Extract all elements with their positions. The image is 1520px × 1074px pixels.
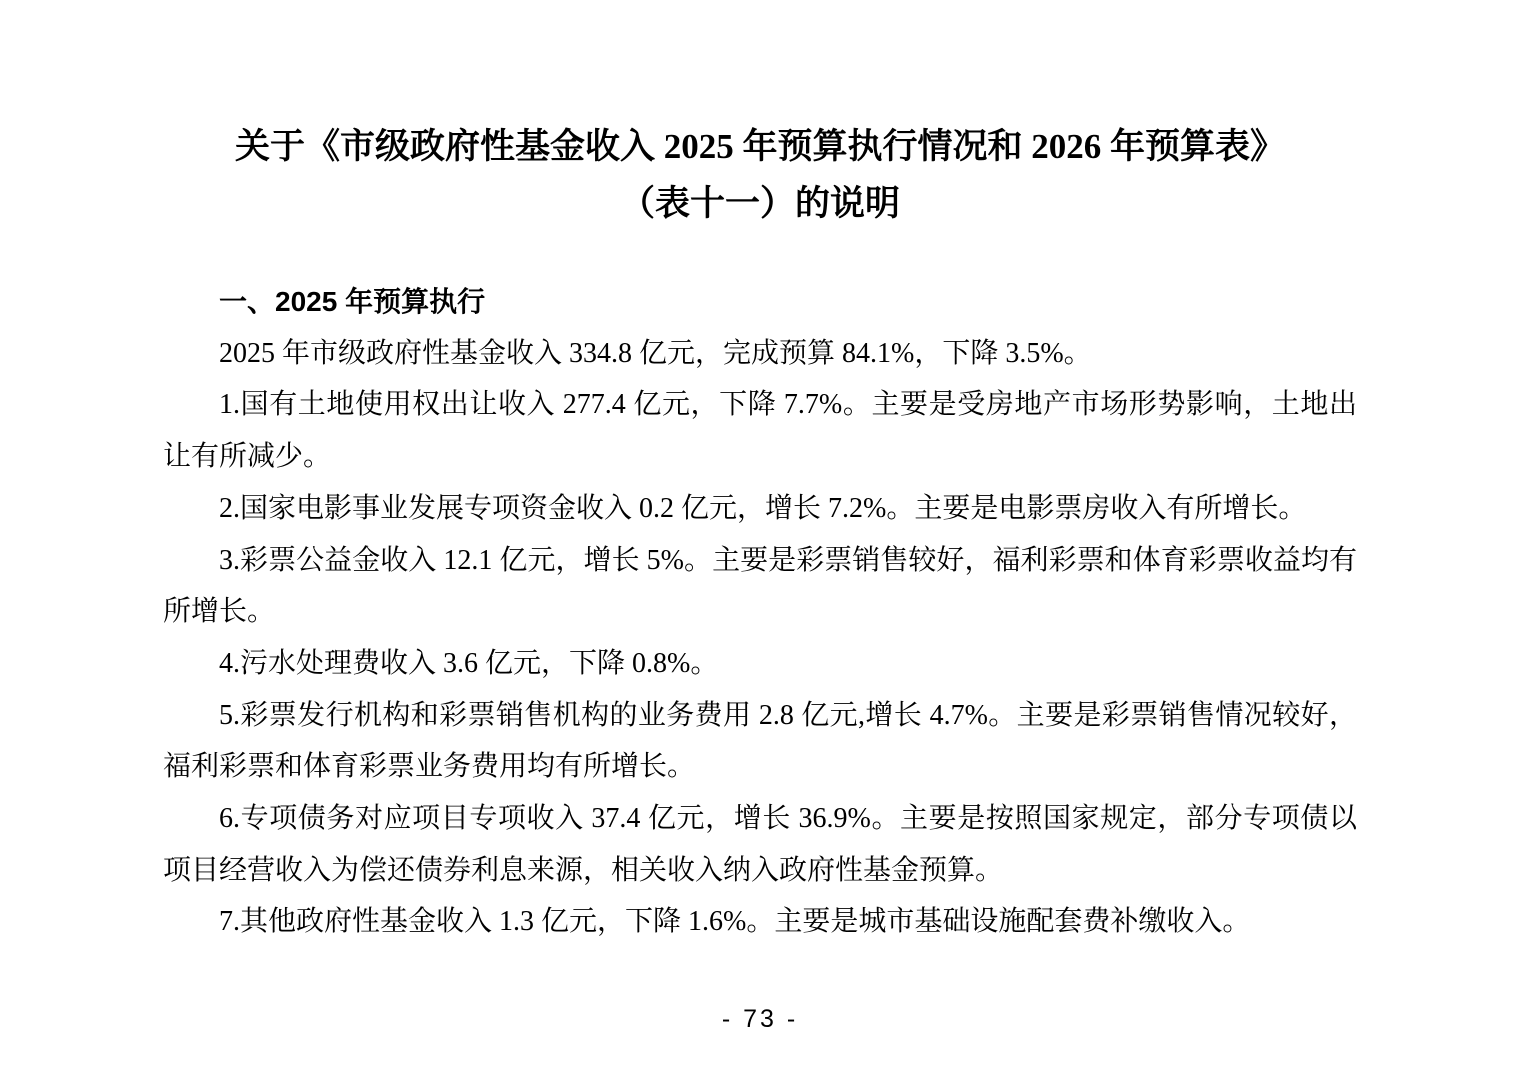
paragraph-item-4: 4.污水处理费收入 3.6 亿元，下降 0.8%。	[163, 638, 1357, 690]
document-title-line2: （表十一）的说明	[620, 184, 900, 223]
paragraph-summary: 2025 年市级政府性基金收入 334.8 亿元，完成预算 84.1%，下降 3…	[163, 328, 1357, 380]
document-body: 一、2025 年预算执行 2025 年市级政府性基金收入 334.8 亿元，完成…	[163, 276, 1357, 948]
section-heading: 一、2025 年预算执行	[163, 276, 1357, 328]
document-title-line1: 关于《市级政府性基金收入 2025 年预算执行情况和 2026 年预算表》	[235, 127, 1285, 166]
paragraph-item-7: 7.其他政府性基金收入 1.3 亿元，下降 1.6%。主要是城市基础设施配套费补…	[163, 896, 1357, 948]
paragraph-item-6: 6.专项债务对应项目专项收入 37.4 亿元，增长 36.9%。主要是按照国家规…	[163, 793, 1357, 896]
paragraph-item-1: 1.国有土地使用权出让收入 277.4 亿元，下降 7.7%。主要是受房地产市场…	[163, 379, 1357, 482]
paragraph-item-5: 5.彩票发行机构和彩票销售机构的业务费用 2.8 亿元,增长 4.7%。主要是彩…	[163, 690, 1357, 793]
paragraph-item-2: 2.国家电影事业发展专项资金收入 0.2 亿元，增长 7.2%。主要是电影票房收…	[163, 483, 1357, 535]
page-number: - 73 -	[0, 1005, 1520, 1034]
document-page: 关于《市级政府性基金收入 2025 年预算执行情况和 2026 年预算表》 （表…	[0, 0, 1520, 1074]
document-title: 关于《市级政府性基金收入 2025 年预算执行情况和 2026 年预算表》 （表…	[163, 118, 1357, 232]
paragraph-item-3: 3.彩票公益金收入 12.1 亿元，增长 5%。主要是彩票销售较好，福利彩票和体…	[163, 535, 1357, 638]
